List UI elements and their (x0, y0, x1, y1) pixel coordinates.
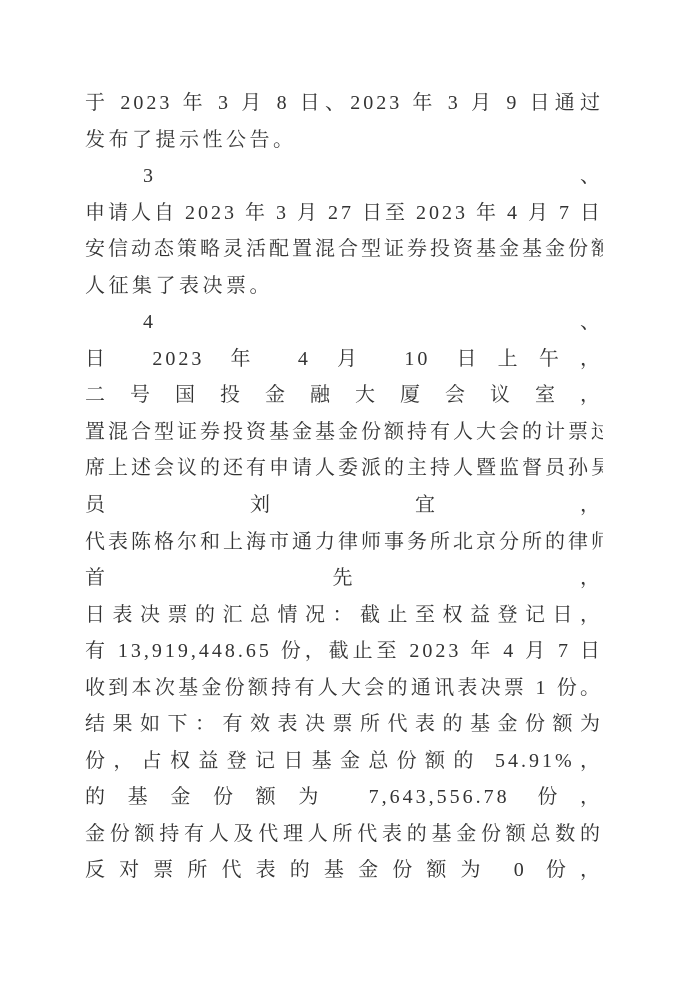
text-line: 席上述会议的还有申请人委派的主持人暨监督员孙昊、监督 (85, 450, 603, 487)
text-line: 金份额持有人及代理人所代表的基金份额总数的 100.00%； (85, 816, 603, 853)
text-line: 二号国投金融大厦会议室，现场监督了安信动态策略灵活配 (85, 377, 603, 414)
document-text: 于 2023 年 3 月 8 日、2023 年 3 月 9 日通过《上海证券报》… (85, 85, 603, 889)
text-line: 代表陈格尔和上海市通力律师事务所北京分所的律师袁静。 (85, 524, 603, 561)
text-line: 结果如下：有效表决票所代表的基金份额为 7,643,556.78 (85, 706, 603, 743)
text-line: 3、根据上述公告确定的表决起止时间和载明的方式， (85, 158, 603, 195)
text-line: 4、本公证员及公证员助理戴岳在上述公告载明的计票 (85, 304, 603, 341)
text-line: 有 13,919,448.65 份，截止至 2023 年 4 月 7 日 17 … (85, 633, 603, 670)
text-line: 于 2023 年 3 月 8 日、2023 年 3 月 9 日通过《上海证券报》 (85, 85, 603, 122)
text-line: 首先，由主持人宣布本次基金份额持有人大会投票表决截止 (85, 560, 603, 597)
text-line: 的基金份额为 7,643,556.78 份，占参加此次通讯会议的基 (85, 779, 603, 816)
text-line: 人征集了表决票。 (85, 268, 603, 305)
text-line: 反对票所代表的基金份额为 0 份，占参加此次通讯会议的基 (85, 852, 603, 889)
text-line: 份，占权益登记日基金总份额的 54.91%，其中同意票所代表 (85, 743, 603, 780)
text-line: 发布了提示性公告。 (85, 122, 603, 159)
text-line: 收到本次基金份额持有人大会的通讯表决票 1 份。计票统计 (85, 670, 603, 707)
text-line: 申请人自 2023 年 3 月 27 日至 2023 年 4 月 7 日 17 … (85, 195, 603, 232)
document-page: 于 2023 年 3 月 8 日、2023 年 3 月 9 日通过《上海证券报》… (0, 0, 700, 989)
text-line: 日表决票的汇总情况：截止至权益登记日，该基金总份额共 (85, 597, 603, 634)
text-line: 日 2023 年 4 月 10 日上午，来到北京市西城区阜成门北大街 (85, 341, 603, 378)
text-line: 员刘宜，基金托管人上海浦东发展银行股份有限公司的授权 (85, 487, 603, 524)
text-line: 安信动态策略灵活配置混合型证券投资基金基金份额持有 (85, 231, 603, 268)
text-line: 置混合型证券投资基金基金份额持有人大会的计票过程。出 (85, 414, 603, 451)
